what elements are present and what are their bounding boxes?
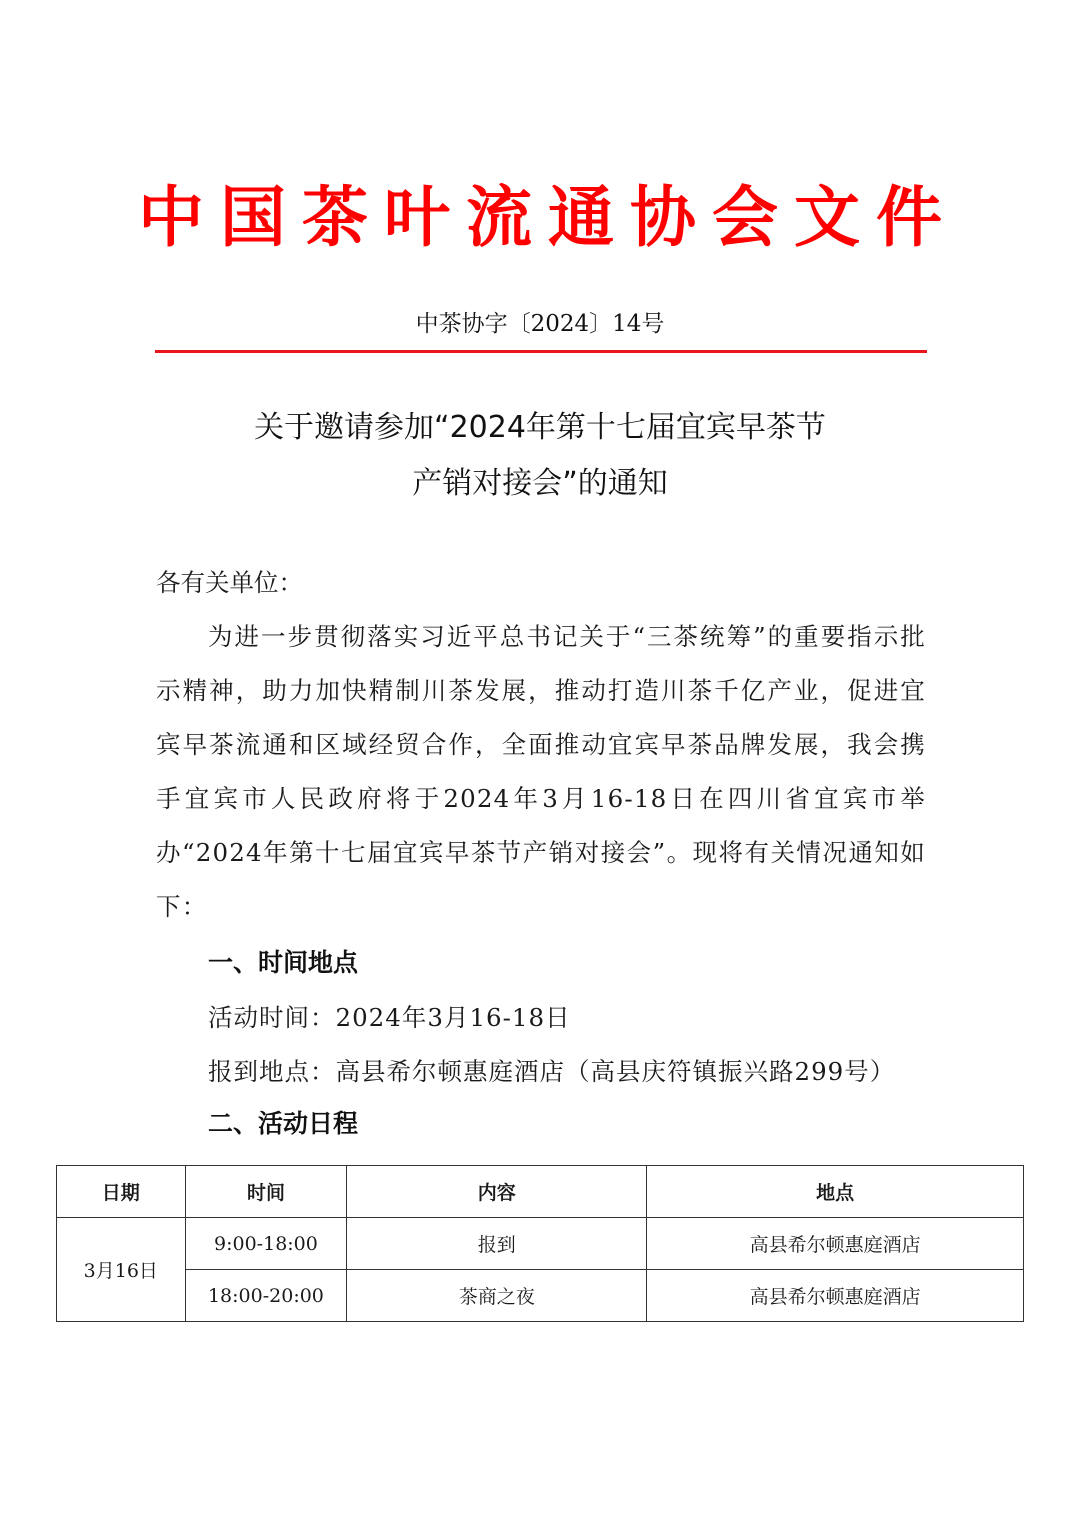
document-number: 中茶协字〔2024〕14号 <box>0 304 1080 344</box>
event-time: 活动时间：2024年3月16-18日 <box>208 998 571 1038</box>
cell-time: 9:00-18:00 <box>185 1218 347 1270</box>
table-row: 3月16日 9:00-18:00 报到 高县希尔顿惠庭酒店 <box>57 1218 1024 1270</box>
header-place: 地点 <box>647 1166 1024 1218</box>
registration-location: 报到地点：高县希尔顿惠庭酒店（高县庆符镇振兴路299号） <box>208 1052 895 1092</box>
header-date: 日期 <box>57 1166 186 1218</box>
schedule-table: 日期 时间 内容 地点 3月16日 9:00-18:00 报到 高县希尔顿惠庭酒… <box>56 1165 1024 1322</box>
cell-place: 高县希尔顿惠庭酒店 <box>647 1270 1024 1322</box>
notice-title-line-1: 关于邀请参加“2024年第十七届宜宾早茶节 <box>0 400 1080 456</box>
section-heading-time-place: 一、时间地点 <box>208 943 358 983</box>
table-row: 18:00-20:00 茶商之夜 高县希尔顿惠庭酒店 <box>57 1270 1024 1322</box>
cell-content: 报到 <box>347 1218 647 1270</box>
red-divider <box>155 350 927 353</box>
header-content: 内容 <box>347 1166 647 1218</box>
cell-place: 高县希尔顿惠庭酒店 <box>647 1218 1024 1270</box>
organization-title: 中国茶叶流通协会文件 <box>0 172 1080 262</box>
cell-date: 3月16日 <box>57 1218 186 1322</box>
intro-paragraph: 为进一步贯彻落实习近平总书记关于“三茶统筹”的重要指示批示精神，助力加快精制川茶… <box>156 610 926 934</box>
document-page: 中国茶叶流通协会文件 中茶协字〔2024〕14号 关于邀请参加“2024年第十七… <box>0 0 1080 1527</box>
cell-content: 茶商之夜 <box>347 1270 647 1322</box>
table-header-row: 日期 时间 内容 地点 <box>57 1166 1024 1218</box>
notice-title-line-2: 产销对接会”的通知 <box>0 456 1080 512</box>
header-time: 时间 <box>185 1166 347 1218</box>
cell-time: 18:00-20:00 <box>185 1270 347 1322</box>
notice-title: 关于邀请参加“2024年第十七届宜宾早茶节 产销对接会”的通知 <box>0 400 1080 512</box>
salutation: 各有关单位： <box>156 556 926 610</box>
section-heading-schedule: 二、活动日程 <box>208 1104 358 1144</box>
